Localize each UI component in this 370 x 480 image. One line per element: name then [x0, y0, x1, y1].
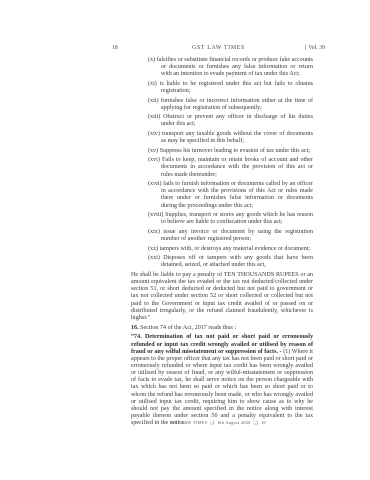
list-item: (xxi) Disposes off or tampers with any g… [148, 255, 313, 269]
item-text: falsifies or substitute financial record… [157, 57, 313, 77]
item-marker: (xix) [148, 229, 160, 235]
item-marker: (xxi) [148, 255, 160, 261]
footer-separator-icon: ❑ [254, 420, 258, 426]
item-marker: (xiii) [148, 114, 160, 120]
item-marker: (xiv) [148, 131, 160, 137]
item-text: Fails to keep, maintain or retain books … [161, 157, 313, 177]
list-item: (xi) is liable to be registered under th… [148, 81, 313, 95]
journal-title: GST LAW TIMES [192, 45, 245, 51]
document-page: 18 GST LAW TIMES [ Vol. 39 (x) falsifies… [0, 0, 370, 480]
footer-date: 6th August 2020 [218, 420, 251, 425]
item-text: transport any taxable goods without the … [161, 131, 313, 144]
item-marker: (x) [148, 57, 155, 63]
section-74-body: (1) Where it appears to the proper offic… [131, 349, 313, 427]
page-body: (x) falsifies or substitute financial re… [131, 57, 313, 427]
volume-label: [ Vol. 39 [305, 45, 325, 51]
item-marker: (xvii) [148, 181, 162, 187]
footer-separator-icon: ❑ [210, 420, 214, 426]
item-marker: (xviii) [148, 212, 163, 218]
list-item: (xvi) Fails to keep, maintain or retain … [148, 157, 313, 178]
penalty-paragraph: He shall be liable to pay a penalty of T… [131, 272, 313, 322]
offence-list: (x) falsifies or substitute financial re… [131, 57, 313, 269]
item-marker: (xvi) [148, 157, 160, 163]
running-header: 18 GST LAW TIMES [ Vol. 39 [112, 45, 325, 54]
item-text: Supplies, transport or stores any goods … [161, 212, 313, 225]
list-item: (xviii) Supplies, transport or stores an… [148, 212, 313, 226]
list-item: (xv) Suppress his turnover leading to ev… [148, 148, 313, 155]
list-item: (xvii) fails to furnish information or d… [148, 181, 313, 210]
list-item: (xiv) transport any taxable goods withou… [148, 131, 313, 145]
item-text: furnishes false or incorrect information… [161, 98, 313, 111]
item-text: Suppress his turnover leading to evasion… [160, 148, 310, 154]
list-item: (xiii) Obstruct or prevent any officer i… [148, 114, 313, 128]
item-text: Obstruct or prevent any officer in disch… [161, 114, 313, 127]
item-text: Disposes off or tampers with any goods t… [161, 255, 313, 268]
item-text: fails to furnish information or document… [161, 181, 313, 208]
list-item: (xix) issue any invoice or document by u… [148, 229, 313, 243]
item-marker: (xx) [148, 246, 158, 252]
para-16-text: Section 74 of the Act, 2017 reads thus : [140, 325, 236, 331]
item-marker: (xi) [148, 81, 157, 87]
item-text: tampers with, or destroys any material e… [160, 246, 310, 252]
para-16: 16. Section 74 of the Act, 2017 reads th… [131, 325, 313, 332]
footer-page: 10 [261, 420, 266, 425]
list-item: (xx) tampers with, or destroys any mater… [148, 246, 313, 253]
list-item: (x) falsifies or substitute financial re… [148, 57, 313, 78]
section-74-paragraph: “74. Determination of tax not paid or sh… [131, 334, 313, 427]
page-footer: GST LAW TIMES❑6th August 2020❑10 [112, 420, 325, 426]
para-16-number: 16. [131, 325, 139, 331]
item-text: is liable to be registered under this ac… [160, 81, 313, 94]
item-marker: (xv) [148, 148, 158, 154]
item-text: issue any invoice or document by using t… [161, 229, 313, 242]
footer-journal: GST LAW TIMES [171, 420, 207, 425]
item-marker: (xii) [148, 98, 159, 104]
list-item: (xii) furnishes false or incorrect infor… [148, 98, 313, 112]
page-number: 18 [112, 45, 118, 51]
